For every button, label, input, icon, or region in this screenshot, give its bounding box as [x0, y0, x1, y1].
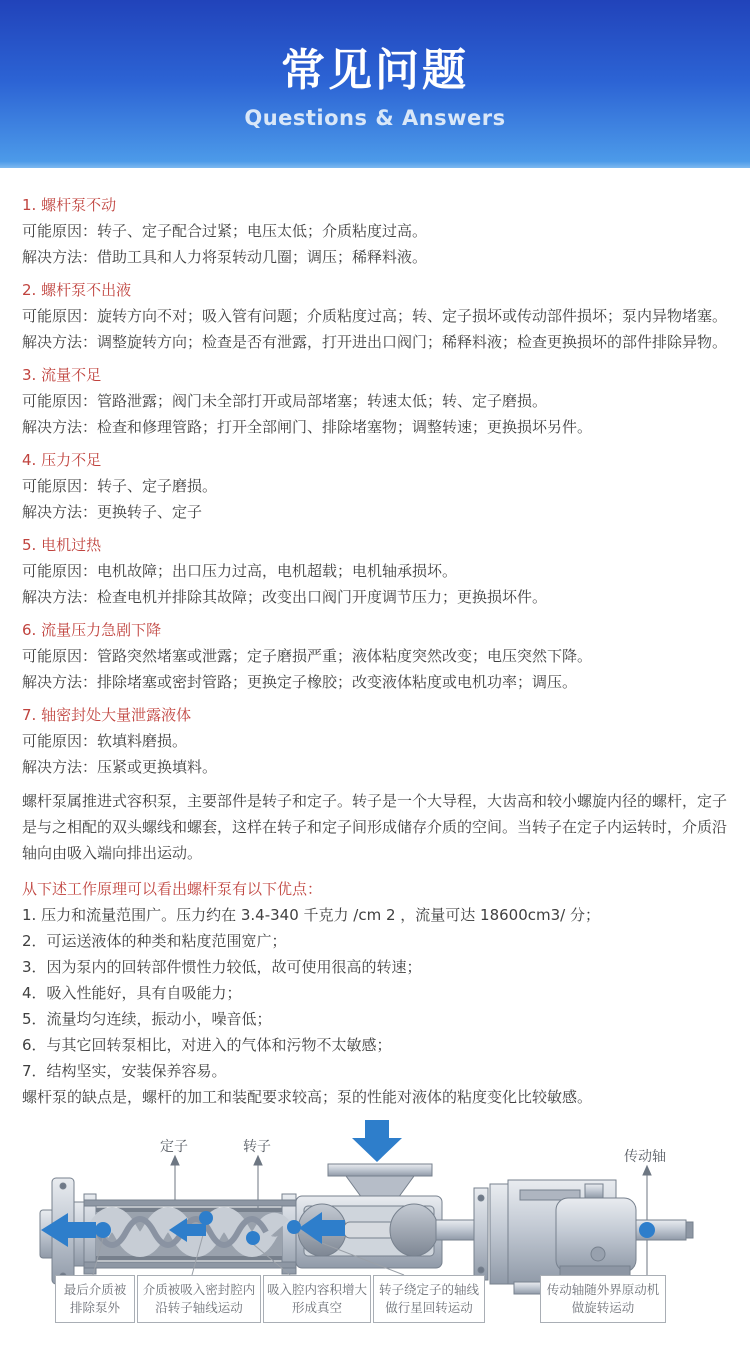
faq-cause: 可能原因：软填料磨损。 — [22, 728, 728, 754]
advantage-item: 6．与其它回转泵相比，对进入的气体和污物不太敏感； — [22, 1032, 728, 1058]
callout-box-vacuum: 吸入腔内容积增大 形成真空 — [263, 1275, 371, 1323]
callout-line: 排除泵外 — [58, 1299, 132, 1317]
header-banner: 常见问题 Questions & Answers — [0, 0, 750, 168]
advantage-item: 2．可运送液体的种类和粘度范围宽广； — [22, 928, 728, 954]
faq-section-1: 1. 螺杆泵不动 可能原因：转子、定子配合过紧；电压太低；介质粘度过高。 解决方… — [22, 192, 728, 270]
advantage-item: 7．结构坚实，安装保养容易。 — [22, 1058, 728, 1084]
advantage-item: 4．吸入性能好，具有自吸能力； — [22, 980, 728, 1006]
faq-cause: 可能原因：电机故障；出口压力过高，电机超载；电机轴承损坏。 — [22, 558, 728, 584]
callout-line: 沿转子轴线运动 — [140, 1299, 258, 1317]
label-stator: 定子 — [160, 1136, 188, 1156]
faq-cause: 可能原因：旋转方向不对；吸入管有问题；介质粘度过高；转、定子损坏或传动部件损坏；… — [22, 303, 728, 329]
faq-solution: 解决方法：更换转子、定子 — [22, 499, 728, 525]
page-title: 常见问题 — [281, 34, 469, 98]
callout-line: 最后介质被 — [58, 1281, 132, 1299]
flow-dot — [287, 1220, 301, 1234]
callout-box-discharge: 最后介质被 排除泵外 — [55, 1275, 135, 1323]
advantage-item: 1. 压力和流量范围广。压力约在 3.4-340 千克力 /cm 2 ，流量可达… — [22, 902, 728, 928]
drawback-text: 螺杆泵的缺点是，螺杆的加工和装配要求较高；泵的性能对液体的粘度变化比较敏感。 — [22, 1084, 728, 1110]
flow-dot — [246, 1231, 260, 1245]
flow-dot — [639, 1222, 655, 1238]
faq-section-2: 2. 螺杆泵不出液 可能原因：旋转方向不对；吸入管有问题；介质粘度过高；转、定子… — [22, 277, 728, 355]
advantage-item: 5．流量均匀连续，振动小，噪音低； — [22, 1006, 728, 1032]
faq-cause: 可能原因：转子、定子配合过紧；电压太低；介质粘度过高。 — [22, 218, 728, 244]
intro-paragraph: 螺杆泵属推进式容积泵，主要部件是转子和定子。转子是一个大导程，大齿高和较小螺旋内… — [22, 788, 728, 866]
callout-line: 做行星回转运动 — [376, 1299, 482, 1317]
callout-line: 介质被吸入密封腔内 — [140, 1281, 258, 1299]
faq-solution: 解决方法：调整旋转方向；检查是否有泄露，打开进出口阀门；稀释料液；检查更换损坏的… — [22, 329, 728, 355]
faq-heading: 1. 螺杆泵不动 — [22, 192, 728, 218]
label-rotor: 转子 — [243, 1136, 271, 1156]
faq-section-3: 3. 流量不足 可能原因：管路泄露；阀门未全部打开或局部堵塞；转速太低；转、定子… — [22, 362, 728, 440]
faq-section-7: 7. 轴密封处大量泄露液体 可能原因：软填料磨损。 解决方法：压紧或更换填料。 — [22, 702, 728, 780]
faq-heading: 3. 流量不足 — [22, 362, 728, 388]
callout-line: 传动轴随外界原动机 — [543, 1281, 663, 1299]
advantage-item: 3．因为泵内的回转部件惯性力较低，故可使用很高的转速； — [22, 954, 728, 980]
flow-arrow-down-icon — [352, 1120, 402, 1162]
faq-section-6: 6. 流量压力急剧下降 可能原因：管路突然堵塞或泄露；定子磨损严重；液体粘度突然… — [22, 617, 728, 695]
faq-heading: 2. 螺杆泵不出液 — [22, 277, 728, 303]
callout-line: 做旋转运动 — [543, 1299, 663, 1317]
flow-dot — [199, 1211, 213, 1225]
faq-cause: 可能原因：管路泄露；阀门未全部打开或局部堵塞；转速太低；转、定子磨损。 — [22, 388, 728, 414]
faq-solution: 解决方法：排除堵塞或密封管路；更换定子橡胶；改变液体粘度或电机功率；调压。 — [22, 669, 728, 695]
faq-content: 1. 螺杆泵不动 可能原因：转子、定子配合过紧；电压太低；介质粘度过高。 解决方… — [0, 168, 750, 1110]
universal-joint-right — [390, 1204, 438, 1256]
faq-heading: 7. 轴密封处大量泄露液体 — [22, 702, 728, 728]
faq-section-4: 4. 压力不足 可能原因：转子、定子磨损。 解决方法：更换转子、定子 — [22, 447, 728, 525]
page-subtitle: Questions & Answers — [244, 106, 505, 130]
callout-line: 吸入腔内容积增大 — [266, 1281, 368, 1299]
flow-dot — [95, 1222, 111, 1238]
faq-heading: 4. 压力不足 — [22, 447, 728, 473]
pump-diagram: 定子 转子 传动轴 最后介质被 排除泵外 介质被吸入密封腔内 沿转子轴线运动 吸… — [0, 1114, 750, 1366]
faq-cause: 可能原因：管路突然堵塞或泄露；定子磨损严重；液体粘度突然改变；电压突然下降。 — [22, 643, 728, 669]
callout-box-sealed-cavity: 介质被吸入密封腔内 沿转子轴线运动 — [137, 1275, 261, 1323]
faq-section-5: 5. 电机过热 可能原因：电机故障；出口压力过高，电机超载；电机轴承损坏。 解决… — [22, 532, 728, 610]
inlet-flange — [328, 1164, 432, 1176]
page: 常见问题 Questions & Answers 1. 螺杆泵不动 可能原因：转… — [0, 0, 750, 1370]
callout-box-planetary-motion: 转子绕定子的轴线 做行星回转运动 — [373, 1275, 485, 1323]
faq-cause: 可能原因：转子、定子磨损。 — [22, 473, 728, 499]
callout-line: 形成真空 — [266, 1299, 368, 1317]
faq-heading: 5. 电机过热 — [22, 532, 728, 558]
faq-solution: 解决方法：压紧或更换填料。 — [22, 754, 728, 780]
faq-solution: 解决方法：检查电机并排除其故障；改变出口阀门开度调节压力；更换损坏件。 — [22, 584, 728, 610]
callout-line: 转子绕定子的轴线 — [376, 1281, 482, 1299]
callout-box-drive-rotation: 传动轴随外界原动机 做旋转运动 — [540, 1275, 666, 1323]
faq-solution: 解决方法：检查和修理管路；打开全部闸门、排除堵塞物；调整转速；更换损坏另件。 — [22, 414, 728, 440]
faq-heading: 6. 流量压力急剧下降 — [22, 617, 728, 643]
label-drive-shaft: 传动轴 — [624, 1146, 666, 1166]
advantages-heading: 从下述工作原理可以看出螺杆泵有以下优点： — [22, 876, 728, 902]
faq-solution: 解决方法：借助工具和人力将泵转动几圈；调压；稀释料液。 — [22, 244, 728, 270]
